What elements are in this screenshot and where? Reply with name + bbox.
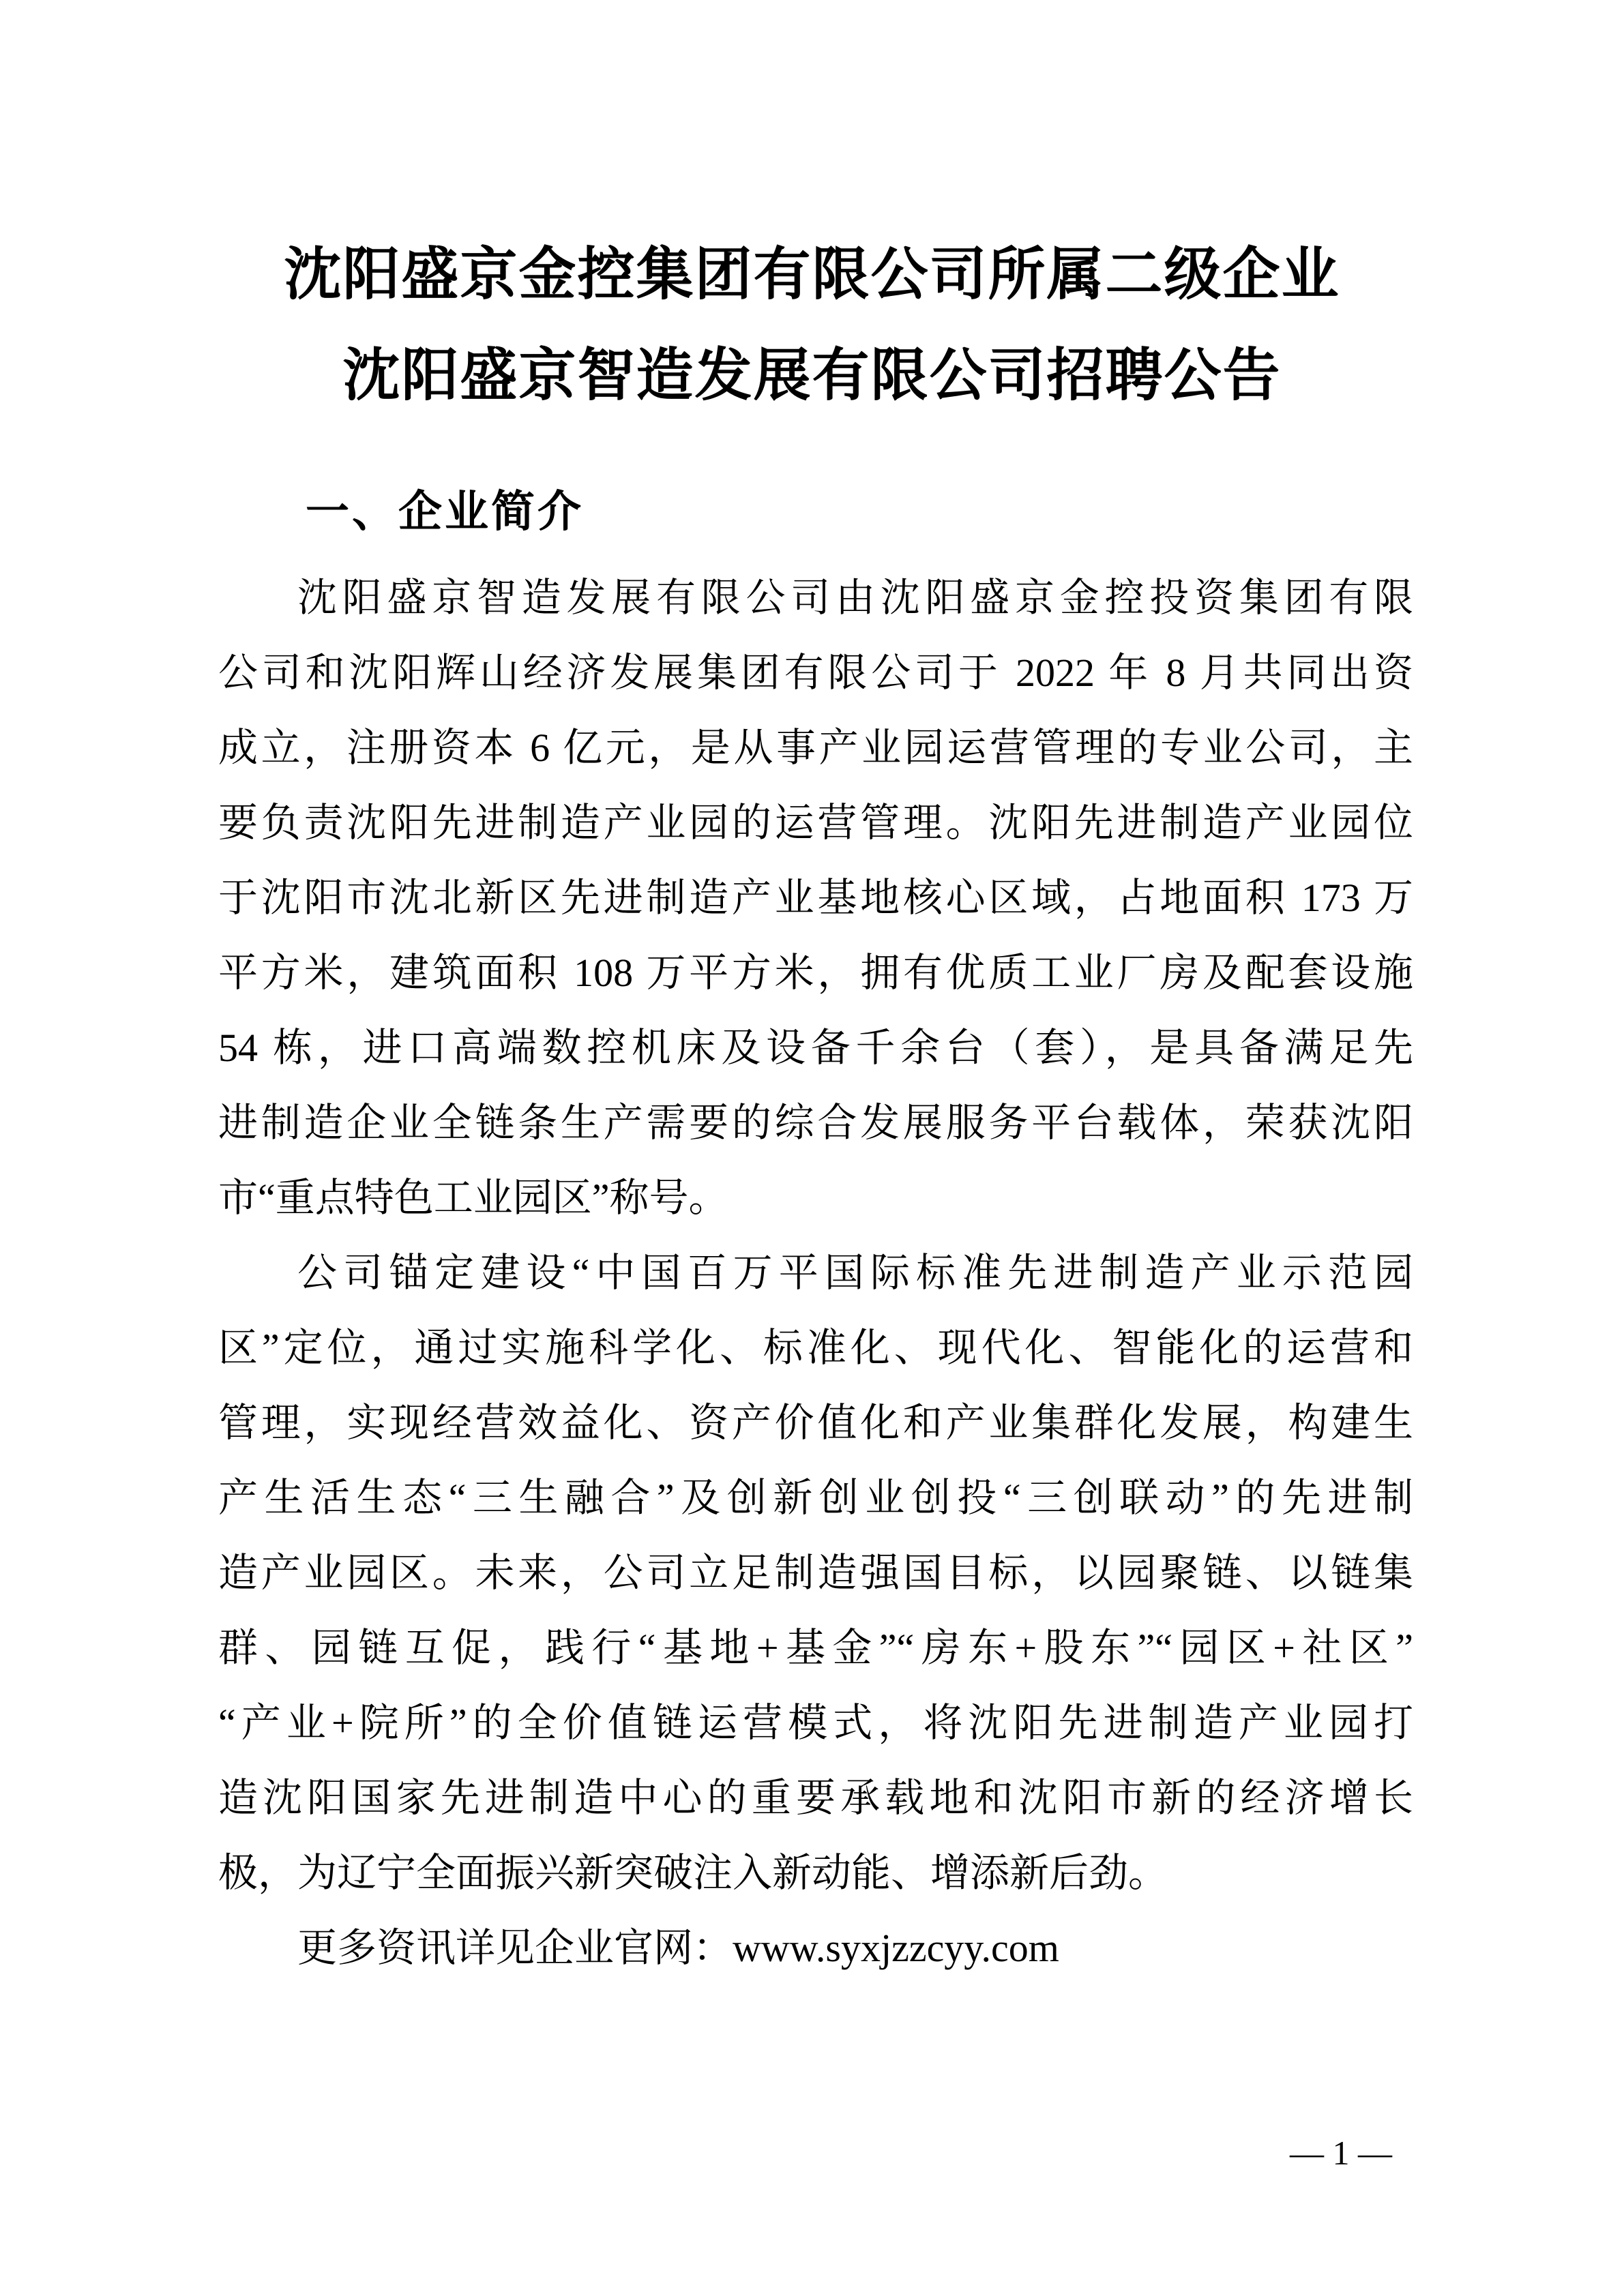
body-paragraph-1-line-7: 54 栋，进口高端数控机床及设备千余台（套），是具备满足先 (218, 1011, 1413, 1086)
document-page: 沈阳盛京金控集团有限公司所属二级企业 沈阳盛京智造发展有限公司招聘公告 一、企业… (0, 0, 1624, 2296)
body-paragraph-1-line-9: 市“重点特色工业园区”称号。 (218, 1161, 1413, 1236)
body-paragraph-1-line-6: 平方米，建筑面积 108 万平方米，拥有优质工业厂房及配套设施 (218, 936, 1413, 1011)
body-paragraph-1-line-8: 进制造企业全链条生产需要的综合发展服务平台载体，荣获沈阳 (218, 1086, 1413, 1161)
body-paragraph-2-line-1: 公司锚定建设“中国百万平国际标准先进制造产业示范园 (218, 1236, 1413, 1311)
body-paragraph-2-line-9: 极，为辽宁全面振兴新突破注入新动能、增添新后劲。 (218, 1836, 1413, 1911)
body-paragraph-1-line-3: 成立，注册资本 6 亿元，是从事产业园运营管理的专业公司，主 (218, 711, 1413, 786)
body-paragraph-2-line-2: 区”定位，通过实施科学化、标准化、现代化、智能化的运营和 (218, 1311, 1413, 1386)
document-body: 沈阳盛京智造发展有限公司由沈阳盛京金控投资集团有限公司和沈阳辉山经济发展集团有限… (218, 561, 1413, 1986)
body-paragraph-1-line-2: 公司和沈阳辉山经济发展集团有限公司于 2022 年 8 月共同出资 (218, 636, 1413, 711)
page-footer: — 1 — (1290, 2129, 1392, 2177)
body-paragraph-2-line-7: “产业+院所”的全价值链运营模式，将沈阳先进制造产业园打 (218, 1686, 1413, 1761)
title-line-2: 沈阳盛京智造发展有限公司招聘公告 (0, 326, 1624, 427)
body-paragraph-2-line-8: 造沈阳国家先进制造中心的重要承载地和沈阳市新的经济增长 (218, 1761, 1413, 1836)
page-number: — 1 — (1290, 2134, 1392, 2172)
body-paragraph-2-line-4: 产生活生态“三生融合”及创新创业创投“三创联动”的先进制 (218, 1461, 1413, 1536)
body-paragraph-1-line-5: 于沈阳市沈北新区先进制造产业基地核心区域，占地面积 173 万 (218, 861, 1413, 936)
body-paragraph-2-line-6: 群、园链互促，践行“基地+基金”“房东+股东”“园区+社区” (218, 1611, 1413, 1686)
body-paragraph-2-line-3: 管理，实现经营效益化、资产价值化和产业集群化发展，构建生 (218, 1386, 1413, 1461)
title-line-1: 沈阳盛京金控集团有限公司所属二级企业 (0, 225, 1624, 326)
body-paragraph-1-line-4: 要负责沈阳先进制造产业园的运营管理。沈阳先进制造产业园位 (218, 786, 1413, 861)
body-paragraph-1-line-1: 沈阳盛京智造发展有限公司由沈阳盛京金控投资集团有限 (218, 561, 1413, 636)
body-paragraph-3-line-1: 更多资讯详见企业官网：www.syxjzzcyy.com (218, 1911, 1413, 1986)
body-paragraph-2-line-5: 造产业园区。未来，公司立足制造强国目标，以园聚链、以链集 (218, 1536, 1413, 1611)
section-heading: 一、企业简介 (306, 477, 584, 546)
document-title: 沈阳盛京金控集团有限公司所属二级企业 沈阳盛京智造发展有限公司招聘公告 (0, 225, 1624, 427)
